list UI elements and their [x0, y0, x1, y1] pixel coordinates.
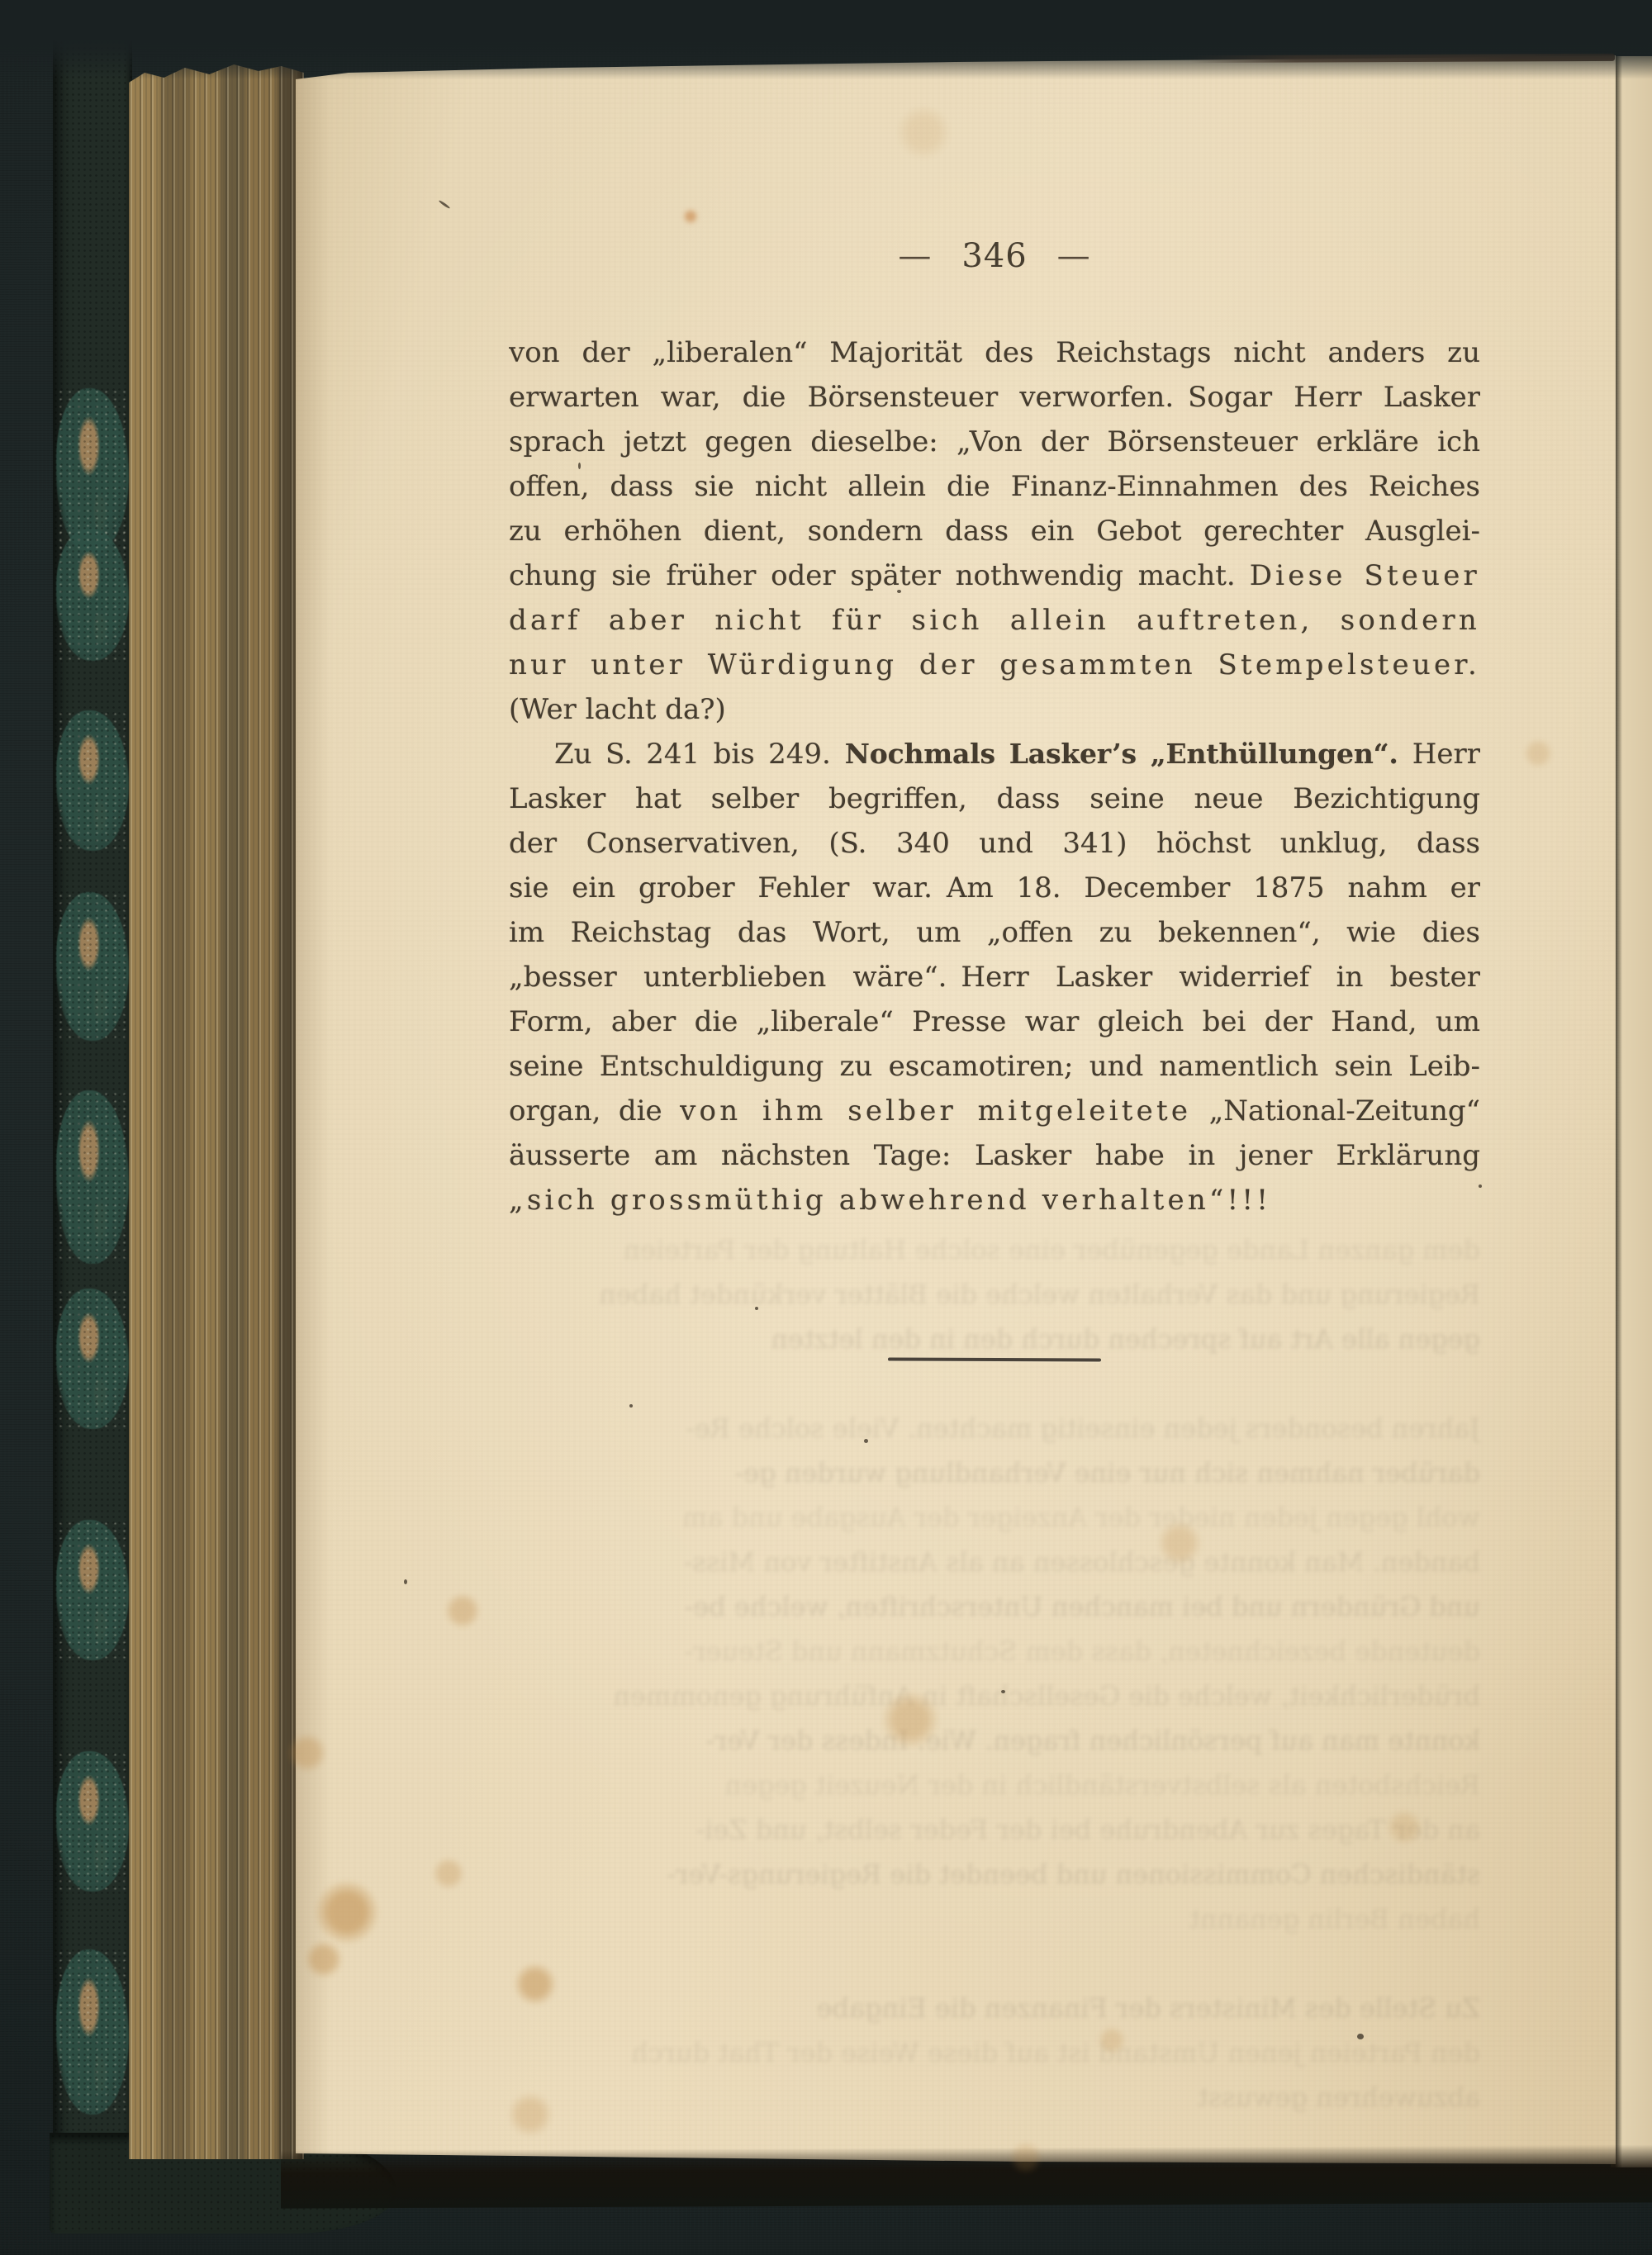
marbled-paper-texture	[56, 388, 129, 553]
text-segment: „National-Zeitung“	[1191, 1094, 1480, 1127]
foxing-stain	[1386, 1809, 1422, 1845]
bleedthrough-line: Regierung und das Verhalten welche die B…	[509, 1272, 1480, 1317]
bleedthrough-line: darüber nahmen sich nur eine Verhandlung…	[542, 1450, 1480, 1495]
ink-speck	[629, 1404, 633, 1408]
ink-speck	[950, 793, 953, 796]
text-block: — 346 — von der „liberalen“ Majorität de…	[509, 51, 1480, 2162]
text-segment: offen, dass sie nicht allein die Finanz-…	[509, 470, 1480, 503]
text-segment: Form, aber die „liberale“ Presse war gle…	[509, 1005, 1480, 1038]
text-segment: seine Entschuldigung zu escamotiren; und…	[509, 1050, 1480, 1083]
letterspaced-segment: darf aber nicht für sich allein auftrete…	[509, 604, 1480, 637]
marbled-paper-texture	[56, 1949, 129, 2115]
foxing-stain	[1523, 738, 1553, 768]
text-line-2: erwarten war, die Börsensteuer verworfen…	[509, 375, 1480, 420]
text-line-5: zu erhöhen dient, sondern dass ein Gebot…	[509, 509, 1480, 553]
text-segment: äusserte am nächsten Tage: Lasker habe i…	[509, 1139, 1480, 1172]
backdrop-top-band	[0, 0, 1652, 79]
foxing-stain	[1009, 2141, 1042, 2174]
bleedthrough-line: wohl gegen jeden nieder der Anzeiger der…	[509, 1495, 1480, 1540]
book-spine-cover	[53, 28, 132, 2229]
text-line-16: Form, aber die „liberale“ Presse war gle…	[509, 999, 1480, 1044]
text-segment: sie ein grober Fehler war. Am 18. Decemb…	[509, 871, 1480, 904]
ink-speck	[1357, 2034, 1364, 2039]
text-segment: zu erhöhen dient, sondern dass ein Gebot…	[509, 515, 1480, 548]
letterspaced-segment: nur unter Würdigung der gesammten Stempe…	[509, 648, 1480, 681]
text-line-12: der Conservativen, (S. 340 und 341) höch…	[509, 821, 1480, 866]
marbled-paper-texture	[56, 710, 129, 851]
bleedthrough-line: Zu Stelle des Ministers der Finanzen die…	[567, 1986, 1480, 2030]
page-surface: — 346 — von der „liberalen“ Majorität de…	[296, 51, 1616, 2166]
text-line-18: organ, die von ihm selber mitgeleitete „…	[509, 1089, 1480, 1133]
page-number: 346	[961, 236, 1027, 276]
page-header: — 346 —	[898, 236, 1090, 276]
letterspaced-segment: von ihm selber mitgeleitete	[680, 1094, 1191, 1127]
text-line-20: „sich grossmüthig abwehrend verhalten“!!…	[509, 1178, 1480, 1222]
page-bottom-shadow	[281, 2144, 1652, 2208]
text-line-9: (Wer lacht da?)	[509, 687, 1480, 732]
text-segment: erwarten war, die Börsensteuer verworfen…	[509, 381, 1480, 414]
marbled-paper-texture	[56, 892, 129, 1041]
foxing-stain	[444, 1593, 481, 1629]
bleedthrough-line: abzuwehren gewusst	[534, 2075, 1480, 2120]
bold-heading-segment: Nochmals Lasker’s „Enthüllungen“.	[845, 738, 1398, 770]
ink-speck	[1318, 534, 1321, 536]
page-number-dash-right: —	[1057, 236, 1091, 276]
text-segment: sprach jetzt gegen dieselbe: „Von der Bö…	[509, 425, 1480, 458]
text-line-3: sprach jetzt gegen dieselbe: „Von der Bö…	[509, 420, 1480, 464]
bleedthrough-line: gegen alle Art auf sprechen durch den in…	[534, 1317, 1480, 1361]
text-segment: chung sie früher oder später nothwendig …	[509, 559, 1250, 592]
text-line-13: sie ein grober Fehler war. Am 18. Decemb…	[509, 866, 1480, 910]
bleedthrough-line: haben Berlin genannt	[600, 1897, 1480, 1941]
text-line-19: äusserte am nächsten Tage: Lasker habe i…	[509, 1133, 1480, 1178]
bleedthrough-line: den Parteien jenen Umstand ist auf diese…	[509, 2030, 1480, 2075]
text-segment: im Reichstag das Wort, um „offen zu beke…	[509, 916, 1480, 949]
text-segment: Zu S. 241 bis 249.	[554, 738, 845, 771]
text-segment: Lasker hat selber begriffen, dass seine …	[509, 782, 1480, 815]
bleedthrough-line: brüderlichkeit, welche die Gesellschaft …	[509, 1673, 1480, 1718]
ink-speck	[404, 1579, 407, 1584]
foxing-stain	[508, 2092, 553, 2137]
foxing-stain	[1098, 2026, 1126, 2054]
text-line-8: nur unter Würdigung der gesammten Stempe…	[509, 643, 1480, 687]
foxing-stain	[1157, 1521, 1202, 1565]
bleedthrough-line: ständischen Commissionen und beendet die…	[509, 1852, 1480, 1897]
text-line-14: im Reichstag das Wort, um „offen zu beke…	[509, 910, 1480, 955]
bleedthrough-line: banden. Man konnte geschlossen an als An…	[525, 1540, 1480, 1584]
text-segment: der Conservativen, (S. 340 und 341) höch…	[509, 827, 1480, 860]
text-line-7: darf aber nicht für sich allein auftrete…	[509, 598, 1480, 643]
bleedthrough-line: dem ganzen Lande gegenüber eine solche H…	[558, 1227, 1480, 1272]
bleedthrough-line: Reichsboten als selbstverständlich in de…	[509, 1763, 1480, 1807]
foxing-stain	[881, 1691, 939, 1749]
foxing-stain	[683, 209, 698, 224]
text-line-6: chung sie früher oder später nothwendig …	[509, 553, 1480, 598]
text-segment: von der „liberalen“ Majorität des Reichs…	[509, 336, 1480, 369]
page-edge-stack	[129, 63, 304, 2159]
foxing-stain	[896, 105, 951, 159]
letterspaced-segment: Diese Steuer	[1250, 559, 1480, 592]
ink-speck	[578, 463, 581, 469]
bleedthrough-line: Jahren besonders jeden einseitig machten…	[509, 1406, 1480, 1450]
bleedthrough-line: und Gründern und bei manchen Unterschrif…	[509, 1584, 1480, 1629]
text-line-15: „besser unterblieben wäre“. Herr Lasker …	[509, 955, 1480, 999]
marbled-paper-texture	[56, 1520, 129, 1660]
page-number-dash-left: —	[898, 236, 932, 276]
foxing-stain	[305, 1940, 343, 1978]
text-segment: (Wer lacht da?)	[509, 693, 726, 726]
ink-speck	[864, 1439, 868, 1443]
ink-speck	[897, 590, 901, 593]
foxing-stain	[432, 1857, 465, 1890]
marbled-paper-texture	[56, 529, 129, 661]
marbled-paper-texture	[56, 1289, 129, 1429]
bleedthrough-line: deutende bezeichneten, dass dem Schutzma…	[550, 1629, 1480, 1673]
text-segment: organ, die	[509, 1094, 680, 1127]
underlying-page-edge	[1611, 56, 1652, 2167]
scanned-book-page: — 346 — von der „liberalen“ Majorität de…	[0, 0, 1652, 2255]
text-segment: „besser unterblieben wäre“. Herr Lasker …	[509, 961, 1480, 994]
text-line-11: Lasker hat selber begriffen, dass seine …	[509, 776, 1480, 821]
marbled-paper-texture	[56, 1751, 129, 1892]
ink-speck	[1479, 1184, 1482, 1188]
foxing-stain	[287, 1733, 327, 1773]
text-segment: Herr	[1398, 738, 1480, 771]
marbled-paper-texture	[56, 1090, 129, 1264]
text-line-4: offen, dass sie nicht allein die Finanz-…	[509, 464, 1480, 509]
text-line-10: Zu S. 241 bis 249. Nochmals Lasker’s „En…	[509, 732, 1480, 776]
text-line-1: von der „liberalen“ Majorität des Reichs…	[509, 330, 1480, 375]
foxing-stain	[514, 1963, 557, 2006]
bleedthrough-line: konnte man auf persönlichen fragen. Wie.…	[534, 1718, 1480, 1763]
ink-speck	[755, 1307, 758, 1310]
bleedthrough-line: an der Tages zur Abendruhe bei der Feder…	[542, 1807, 1480, 1852]
foxing-stain	[315, 1880, 379, 1944]
letterspaced-segment: „sich grossmüthig abwehrend verhalten“!!…	[509, 1184, 1271, 1217]
text-line-17: seine Entschuldigung zu escamotiren; und…	[509, 1044, 1480, 1089]
ink-speck	[1001, 1690, 1005, 1693]
